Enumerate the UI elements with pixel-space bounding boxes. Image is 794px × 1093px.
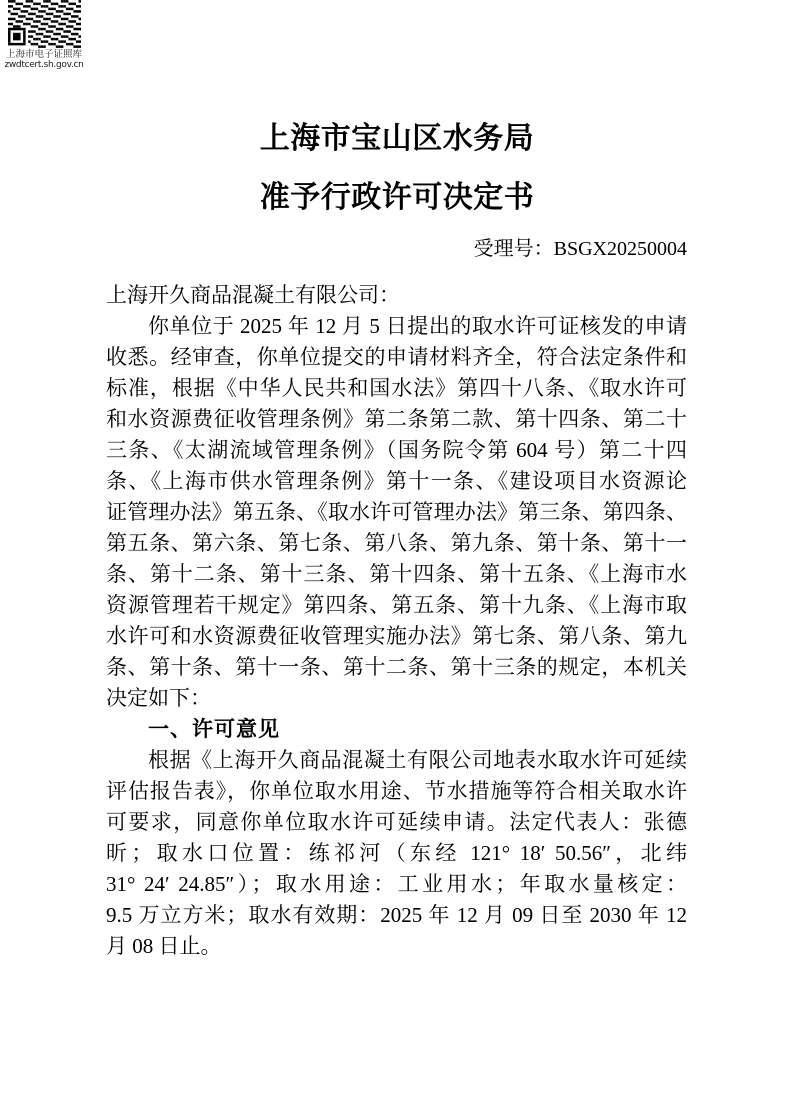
body-line: 水许可和水资源费征收管理实施办法》第七条、第八条、第九	[106, 621, 687, 652]
body-line: 决定如下：	[106, 683, 687, 714]
body-line: 可要求，同意你单位取水许可延续申请。法定代表人：张德	[106, 807, 687, 838]
body-line: 昕；取水口位置：练祁河（东经 121° 18′ 50.56″，北纬	[106, 838, 687, 869]
body-line: 资源管理若干规定》第四条、第五条、第十九条、《上海市取	[106, 590, 687, 621]
qr-caption-library: 上海市电子证照库	[2, 49, 86, 60]
doc-title: 准予行政许可决定书	[0, 180, 794, 216]
body-line: 和水资源费征收管理条例》第二条第二款、第十四条、第二十	[106, 404, 687, 435]
body-line: 三条、《太湖流域管理条例》（国务院令第 604 号）第二十四	[106, 435, 687, 466]
document-page: 上海市电子证照库 zwdtcert.sh.gov.cn 上海市宝山区水务局 准予…	[0, 0, 794, 1093]
body-line: 你单位于 2025 年 12 月 5 日提出的取水许可证核发的申请	[106, 311, 687, 342]
body-line: 31° 24′ 24.85″）；取水用途：工业用水；年取水量核定：	[106, 869, 687, 900]
body-line: 证管理办法》第五条、《取水许可管理办法》第三条、第四条、	[106, 497, 687, 528]
case-number: 受理号：BSGX20250004	[474, 237, 687, 261]
body-line: 条、《上海市供水管理条例》第十一条、《建设项目水资源论	[106, 466, 687, 497]
body-line: 条、第十条、第十一条、第十二条、第十三条的规定，本机关	[106, 652, 687, 683]
body-line: 评估报告表》，你单位取水用途、节水措施等符合相关取水许	[106, 776, 687, 807]
body-line: 条、第十二条、第十三条、第十四条、第十五条、《上海市水	[106, 559, 687, 590]
body-line: 9.5 万立方米；取水有效期：2025 年 12 月 09 日至 2030 年 …	[106, 900, 687, 931]
document-body: 上海开久商品混凝土有限公司： 你单位于 2025 年 12 月 5 日提出的取水…	[106, 280, 687, 962]
body-line: 月 08 日止。	[106, 931, 687, 962]
body-line: 第五条、第六条、第七条、第八条、第九条、第十条、第十一	[106, 528, 687, 559]
body-line: 标准，根据《中华人民共和国水法》第四十八条、《取水许可	[106, 373, 687, 404]
qr-caption-url: zwdtcert.sh.gov.cn	[2, 60, 86, 70]
section-heading: 一、许可意见	[106, 714, 687, 745]
body-line: 收悉。经审查，你单位提交的申请材料齐全，符合法定条件和	[106, 342, 687, 373]
qr-code-icon	[8, 0, 81, 48]
org-title: 上海市宝山区水务局	[0, 121, 794, 157]
salutation: 上海开久商品混凝土有限公司：	[106, 280, 687, 311]
qr-block: 上海市电子证照库 zwdtcert.sh.gov.cn	[2, 0, 86, 70]
body-line: 根据《上海开久商品混凝土有限公司地表水取水许可延续	[106, 745, 687, 776]
